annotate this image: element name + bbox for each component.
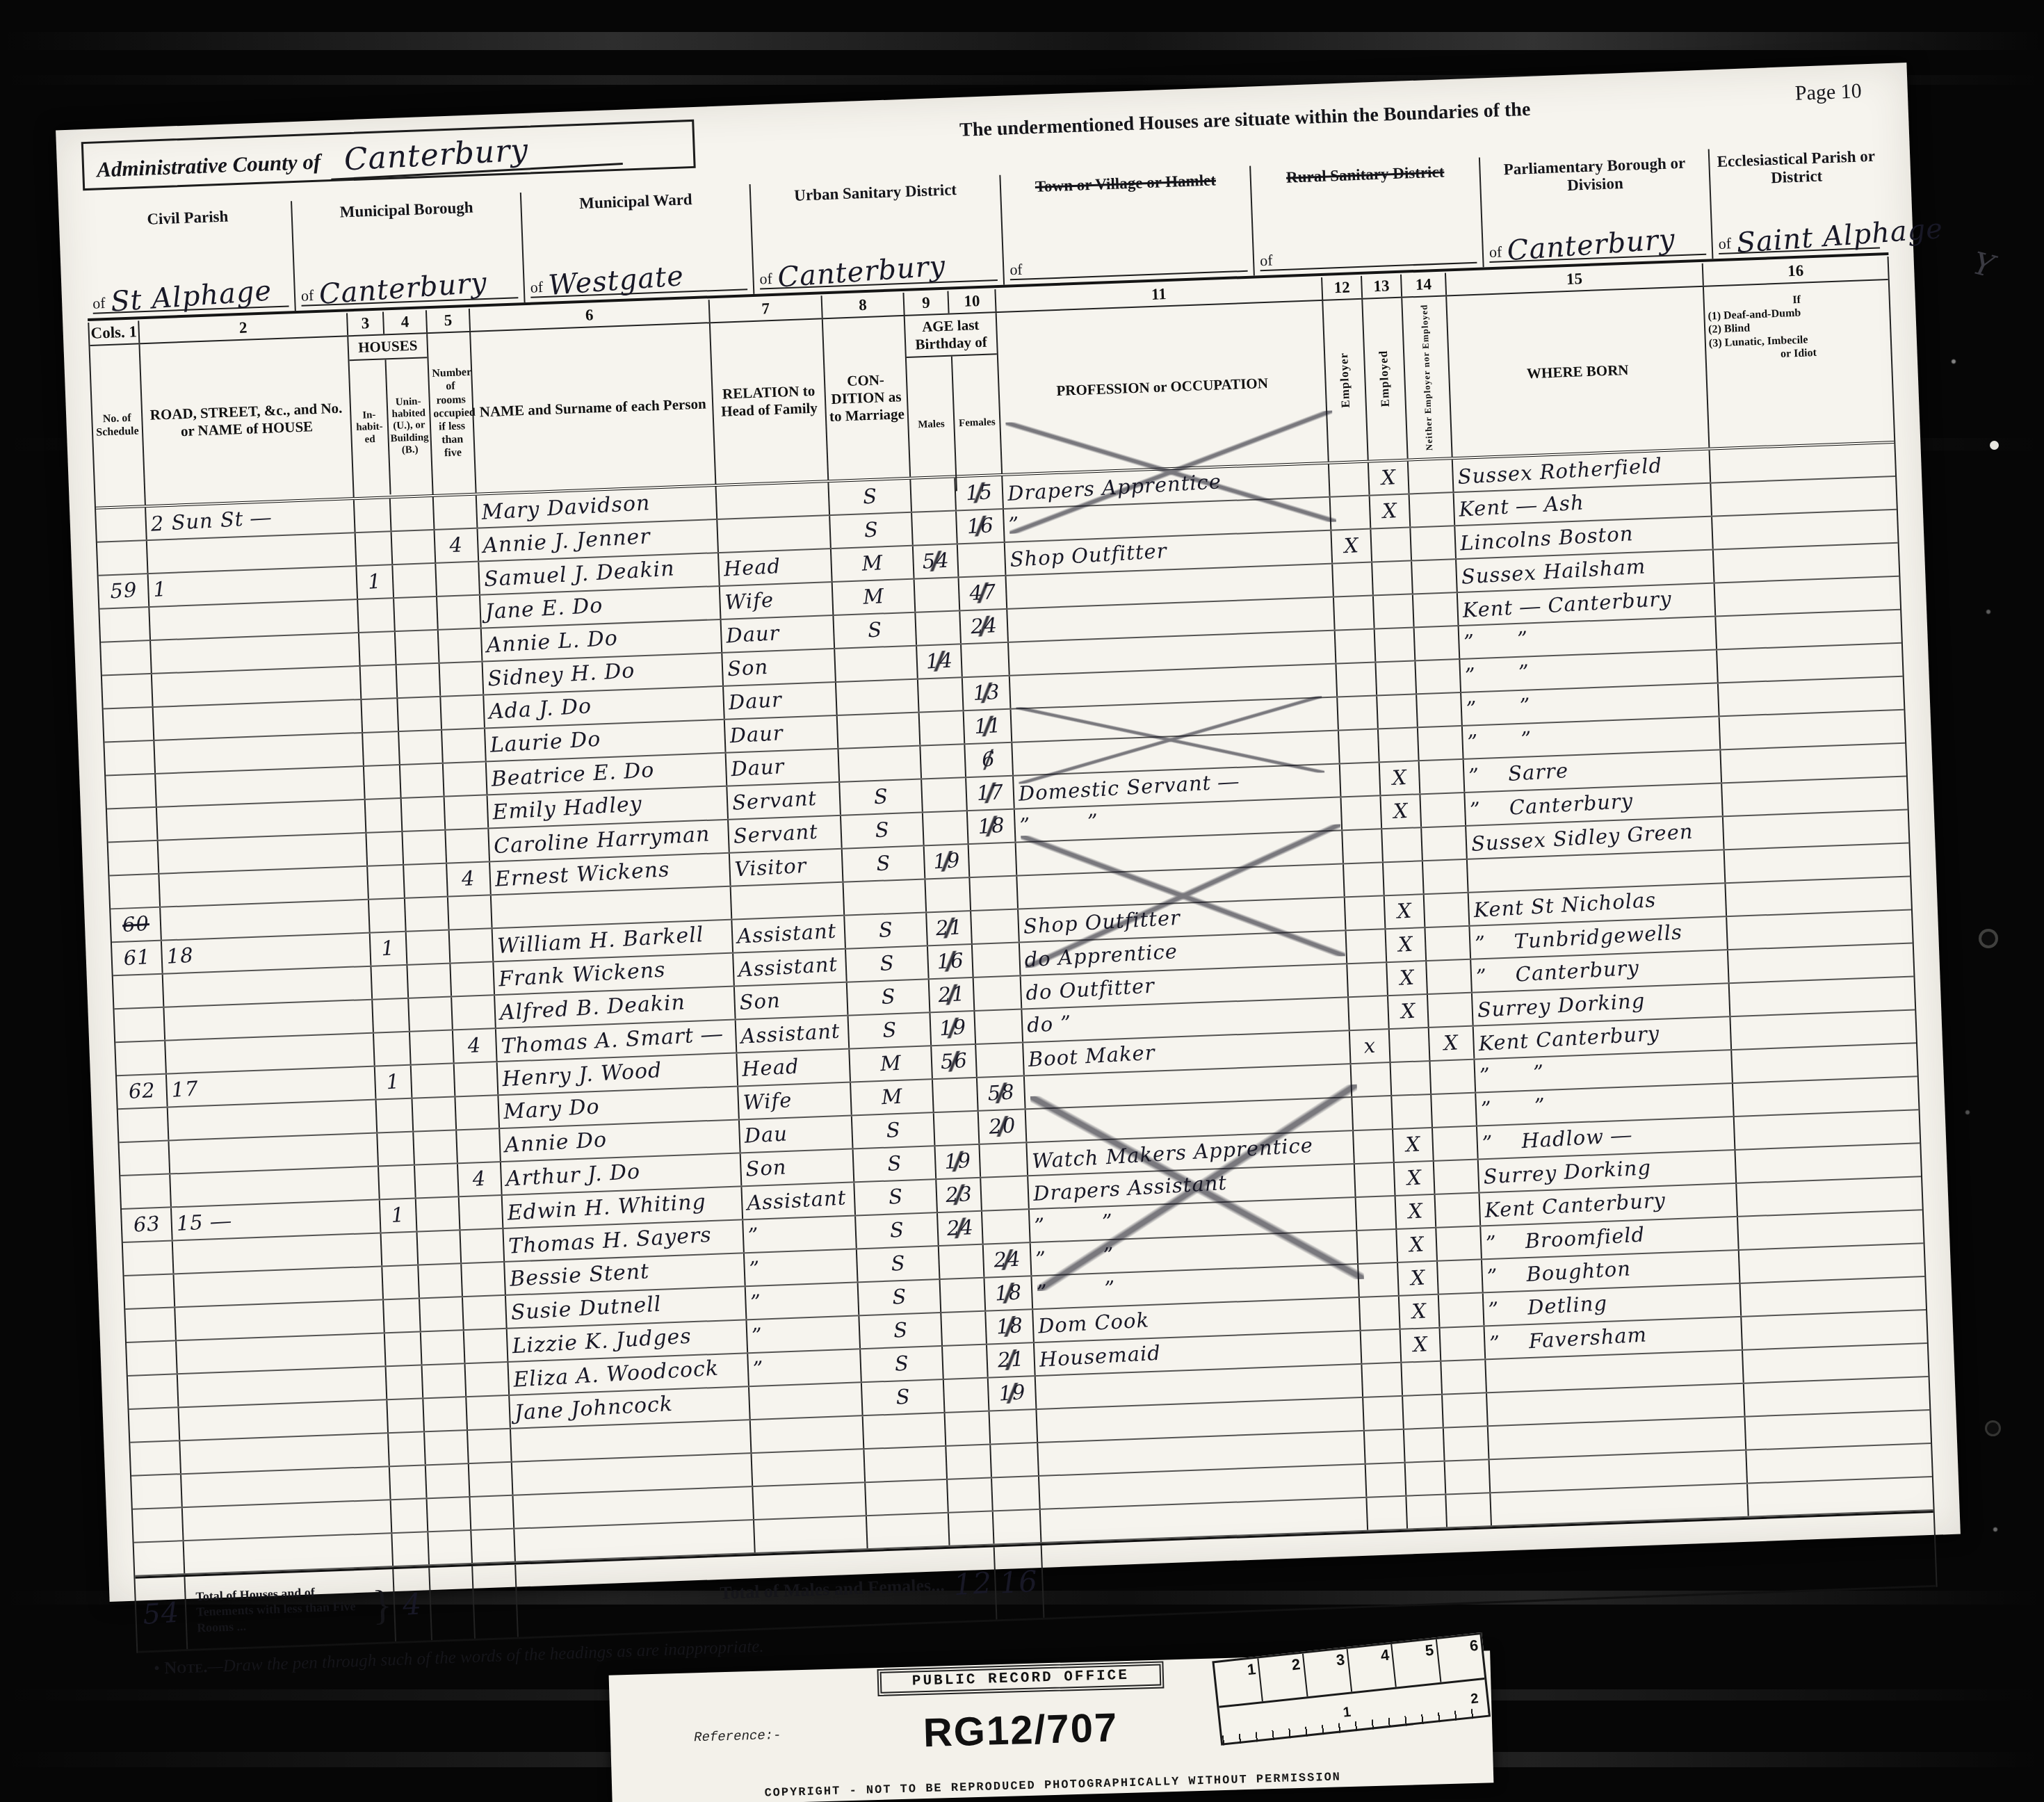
cell-employer (1361, 1329, 1402, 1363)
cell-infirm (1714, 543, 1899, 582)
cell-rooms: 4 (458, 1162, 503, 1196)
handwritten-entry: X (1397, 934, 1413, 955)
cell-age_f (958, 543, 1007, 576)
handwritten-entry: ” ” (1035, 1245, 1115, 1269)
district-value: Canterbury (318, 270, 488, 307)
handwritten-entry: Boot Maker (1028, 1043, 1155, 1070)
handwritten-entry: Surrey Dorking (1483, 1158, 1652, 1187)
ruler-inch-label: 3 (1304, 1649, 1353, 1696)
cell-schedule (120, 1174, 172, 1208)
cell-rooms (452, 996, 496, 1029)
cell-rooms (457, 1129, 501, 1162)
cell-age_f (991, 1443, 1039, 1477)
cell-employed (1376, 661, 1417, 695)
handwritten-entry: M (881, 1087, 903, 1108)
handwritten-entry: Kent St Nicholas (1473, 890, 1657, 920)
cell-condition: S (829, 479, 912, 514)
cell-inhabited (379, 1165, 416, 1199)
cell-condition: S (854, 1180, 938, 1215)
handwritten-entry: Henry J. Wood (502, 1060, 663, 1090)
margin-annotation: 54 (135, 1577, 188, 1651)
handwritten-entry: Mary Davidson (481, 493, 651, 523)
admin-county-label: Administrative County of (97, 149, 321, 183)
cell-neither (1423, 859, 1469, 893)
handwritten-entry: ” Hadlow ― (1482, 1125, 1632, 1153)
cell-employer (1354, 1130, 1395, 1163)
of-label: of (759, 270, 772, 289)
handwritten-entry: S (895, 1387, 911, 1408)
district-value: Canterbury (777, 254, 947, 291)
handwritten-entry: S (875, 820, 891, 841)
handwritten-entry: 58 (984, 1082, 1017, 1104)
cell-road (151, 633, 360, 673)
cell-infirm (1730, 1010, 1916, 1049)
handwritten-entry: 47 (966, 582, 999, 604)
cell-employer (1345, 896, 1386, 930)
cell-road (168, 1100, 378, 1139)
ruler-inch-label: 4 (1348, 1644, 1397, 1691)
cell-condition: S (857, 1247, 941, 1281)
cell-age_f: 20 (979, 1110, 1028, 1143)
cell-employer (1347, 963, 1388, 996)
copyright-line: COPYRIGHT - NOT TO BE REPRODUCED PHOTOGR… (612, 1767, 1493, 1802)
handwritten-entry: Edwin H. Whiting (507, 1192, 707, 1224)
handwritten-entry: 19 (936, 1017, 969, 1039)
district-label: Rural Sanitary District (1251, 162, 1479, 188)
handwritten-entry: Samuel J. Deakin (483, 558, 675, 590)
public-record-office-stamp: PUBLIC RECORD OFFICE Reference:- RG12/70… (609, 1650, 1494, 1802)
cell-uninhabited (423, 1364, 467, 1397)
cell-relation: ” (748, 1349, 862, 1386)
cell-age_f: 15 (955, 476, 1004, 510)
cell-rooms (444, 762, 488, 795)
employed-vertical-label: Employed (1377, 350, 1393, 407)
handwritten-entry: Sidney H. Do (487, 660, 636, 690)
col-uninhabited-header: Unin-habited (U.), or Building (B.) (386, 358, 432, 494)
col-relation-header: RELATION to Head of Family (711, 319, 829, 483)
handwritten-entry: X (1409, 1234, 1425, 1255)
cell-employer (1339, 729, 1380, 763)
handwritten-entry: ” ” (1034, 1212, 1114, 1236)
cell-road: 15 ― (172, 1200, 381, 1240)
empty-cell (430, 1566, 476, 1640)
cell-road (147, 533, 357, 573)
handwritten-entry: Annie J. Jenner (482, 526, 651, 557)
handwritten-entry: ” Canterbury (1475, 958, 1639, 987)
handwritten-entry: Sussex Sidley Green (1470, 822, 1694, 854)
handwritten-entry: X (1393, 801, 1409, 822)
cell-age_m: 21 (930, 978, 975, 1012)
cell-neither (1441, 1326, 1486, 1360)
col-born-header: WHERE BORN (1447, 287, 1710, 457)
cell-road (159, 866, 368, 906)
cell-uninhabited (403, 830, 447, 863)
cell-relation: Assistant (733, 949, 847, 985)
cell-age_f: 17 (966, 776, 1015, 809)
cell-rooms (437, 595, 482, 628)
cell-uninhabited (407, 930, 451, 964)
cell-condition: S (859, 1280, 942, 1315)
cell-relation (716, 482, 830, 519)
cell-infirm (1733, 1077, 1919, 1116)
cell-age_f (976, 1043, 1025, 1076)
cell-age_m (923, 811, 969, 845)
cell-employed (1375, 628, 1416, 661)
cell-uninhabited (400, 763, 445, 797)
handwritten-entry: X (1412, 1334, 1428, 1355)
handwritten-entry: Wife (743, 1090, 793, 1113)
handwritten-entry: 24 (967, 615, 1000, 638)
handwritten-entry: Annie L. Do (486, 628, 619, 656)
col-females-header: Females (952, 355, 1002, 492)
cell-neither (1444, 1427, 1490, 1460)
cell-schedule (104, 741, 156, 775)
handwritten-entry: Drapers Apprentice (1007, 471, 1222, 504)
handwritten-entry: M (862, 586, 884, 608)
cell-road: 17 (167, 1066, 376, 1106)
district-cell-4: Urban Sanitary DistrictofCanterbury (751, 175, 1005, 294)
cell-schedule (124, 1274, 176, 1308)
cell-rooms (434, 495, 478, 528)
cell-road (177, 1333, 386, 1373)
handwritten-entry: Head (741, 1057, 800, 1080)
col-males-header: Males (907, 357, 957, 493)
handwritten-entry: Shop Outfitter (1009, 541, 1168, 570)
handwritten-entry: 18 (166, 945, 195, 967)
administrative-county-box: Administrative County of Canterbury (81, 120, 696, 190)
handwritten-entry: 1 (386, 1071, 400, 1092)
col-infirmity-header: If (1) Deaf-and-Dumb (2) Blind (3) Lunat… (1704, 280, 1894, 447)
cell-inhabited (377, 1098, 414, 1132)
cell-employed: X (1369, 461, 1410, 494)
cell-neither (1415, 626, 1461, 660)
cell-road (173, 1233, 382, 1273)
cell-inhabited (389, 1432, 426, 1466)
handwritten-entry: Alfred B. Deakin (499, 992, 686, 1023)
cell-rooms (455, 1062, 499, 1096)
cell-infirm (1716, 610, 1901, 649)
cell-road (175, 1300, 384, 1340)
cell-schedule (128, 1374, 179, 1409)
infirm-line: If (1792, 293, 1801, 307)
cell-inhabited (364, 765, 402, 799)
handwritten-entry: ” Broomfield (1485, 1225, 1646, 1254)
column-number: 4 (384, 310, 428, 334)
cell-age_m (911, 478, 957, 511)
cell-neither (1412, 560, 1458, 593)
cell-age_f: 16 (957, 510, 1005, 543)
cell-relation: ” (747, 1316, 861, 1352)
of-label: of (530, 278, 543, 297)
cell-neither (1427, 959, 1473, 993)
cell-road (170, 1167, 380, 1206)
cell-schedule (113, 974, 165, 1008)
handwritten-entry: Son (727, 657, 769, 679)
cell-relation: Wife (738, 1082, 852, 1119)
cell-employer: X (1331, 529, 1372, 562)
cell-employer (1336, 629, 1377, 663)
cell-employed (1390, 1028, 1431, 1062)
cell-relation: Assistant (736, 1016, 850, 1052)
cell-road (175, 1267, 384, 1306)
handwritten-entry: Wife (724, 590, 774, 613)
cell-neither (1446, 1493, 1492, 1527)
handwritten-entry: S (867, 619, 883, 640)
handwritten-entry: Lincolns Boston (1459, 523, 1634, 553)
handwritten-entry: X (1396, 901, 1412, 922)
cell-relation (731, 882, 845, 918)
cell-employed: X (1385, 895, 1426, 928)
handwritten-entry: ” ” (1480, 1096, 1546, 1119)
census-sheet: Administrative County of Canterbury The … (56, 63, 1961, 1602)
cell-employer (1362, 1363, 1403, 1396)
handwritten-entry: 15 ― (176, 1211, 232, 1235)
cell-rooms (465, 1362, 510, 1395)
males-total-value: 12 (950, 1547, 998, 1621)
col-condition-header: CON- DITION as to Marriage (823, 316, 911, 480)
handwritten-entry: Arthur J. Do (505, 1161, 641, 1190)
cell-age_m: 19 (930, 1012, 976, 1045)
col-inhabited-header: In-habit-ed (350, 360, 391, 496)
handwritten-entry: Annie Do (504, 1130, 608, 1156)
handwritten-entry: ” (747, 1226, 759, 1247)
cell-condition: S (846, 946, 930, 981)
cell-inhabited: 1 (357, 565, 394, 599)
handwritten-entry: Housemaid (1039, 1343, 1161, 1370)
handwritten-entry: 19 (930, 850, 963, 872)
cell-neither (1425, 926, 1471, 959)
cell-rooms: 4 (453, 1029, 498, 1062)
cell-uninhabited (393, 564, 437, 597)
cell-uninhabited (414, 1130, 458, 1164)
houses-total-label: Total of Houses and of Tenements with le… (185, 1569, 396, 1649)
handwritten-entry: X (1405, 1135, 1421, 1155)
handwritten-entry: 4 (449, 535, 464, 555)
cell-inhabited (356, 532, 394, 565)
cell-inhabited (387, 1365, 424, 1399)
handwritten-entry: Daur (728, 690, 783, 713)
cell-employer (1367, 1496, 1408, 1529)
handwritten-entry: ” (752, 1358, 764, 1379)
handwritten-entry: S (894, 1354, 910, 1374)
cell-uninhabited (423, 1397, 468, 1431)
cell-neither (1425, 893, 1470, 926)
cell-age_f (980, 1143, 1028, 1176)
cell-schedule (102, 674, 154, 708)
handwritten-entry: 14 (923, 650, 956, 672)
cell-inhabited (361, 665, 398, 699)
cell-age_m (934, 1111, 980, 1144)
cell-schedule (109, 874, 161, 908)
handwritten-entry: do Apprentice (1024, 941, 1178, 971)
cell-infirm (1741, 1277, 1927, 1316)
cell-age_f: 18 (986, 1310, 1035, 1343)
handwritten-entry: Emily Hadley (492, 794, 643, 823)
col-road-header: ROAD, STREET, &c., and No. or NAME of HO… (140, 336, 354, 504)
cell-employer (1340, 763, 1381, 796)
cell-employed (1402, 1361, 1443, 1395)
cell-infirm (1712, 510, 1898, 549)
cell-employed (1403, 1395, 1444, 1428)
cell-uninhabited (397, 663, 441, 697)
cell-infirm (1732, 1044, 1917, 1082)
cell-inhabited (366, 832, 404, 866)
handwritten-entry: Beatrice E. Do (491, 760, 655, 790)
cell-employed (1374, 594, 1415, 628)
column-number: 14 (1402, 273, 1447, 296)
cols-1-label: Cols. 1 (89, 320, 140, 345)
cell-age_m (918, 678, 964, 711)
cell-infirm (1719, 676, 1904, 715)
neither-vertical-label: Neither Employer nor Employed (1419, 304, 1435, 450)
cell-inhabited (366, 799, 403, 832)
cell-employed: X (1396, 1194, 1437, 1228)
cell-uninhabited (428, 1531, 473, 1564)
district-label: Municipal Ward (521, 188, 750, 215)
cell-employed (1384, 861, 1425, 895)
cell-condition: S (847, 980, 931, 1014)
district-cell-2: Municipal BoroughofCanterbury (292, 193, 526, 311)
cell-uninhabited (410, 1030, 455, 1064)
cell-neither: X (1429, 1026, 1475, 1060)
handwritten-entry: S (873, 786, 889, 807)
handwritten-entry: S (878, 920, 894, 941)
cell-age_m (941, 1311, 987, 1345)
handwritten-entry: 4 (472, 1169, 487, 1190)
cell-neither (1433, 1126, 1479, 1160)
cell-infirm (1742, 1310, 1927, 1349)
cell-employer (1331, 496, 1372, 529)
cell-employed (1406, 1461, 1447, 1495)
handwritten-entry: X (1391, 768, 1407, 788)
cell-employed: X (1401, 1328, 1442, 1361)
cell-age_f: 58 (978, 1076, 1026, 1110)
cell-road (169, 1133, 378, 1173)
cell-age_m (939, 1244, 985, 1278)
handwritten-entry: 18 (974, 815, 1007, 838)
handwritten-entry: 16 (964, 515, 997, 537)
handwritten-entry: Jane Johncock (514, 1393, 673, 1423)
cell-age_f (962, 642, 1010, 676)
cell-employed (1391, 1062, 1432, 1095)
handwritten-entry: Thomas H. Sayers (508, 1225, 713, 1258)
district-label: Municipal Borough (292, 197, 521, 223)
handwritten-entry: x (1363, 1036, 1377, 1057)
of-label: of (301, 286, 314, 305)
cell-schedule: 60 (111, 907, 162, 941)
cell-schedule (130, 1441, 181, 1475)
handwritten-entry: X (1400, 1001, 1416, 1022)
cell-uninhabited (416, 1197, 461, 1231)
cell-condition (843, 879, 927, 914)
of-label: of (1489, 243, 1502, 261)
handwritten-entry: 59 (109, 580, 138, 601)
cell-age_f (970, 876, 1019, 909)
females-total-value: 16 (995, 1545, 1045, 1619)
ruler-inch-label: 6 (1436, 1634, 1484, 1682)
district-label: Town or Village or Hamlet (1001, 170, 1251, 198)
column-number: 13 (1362, 275, 1402, 298)
cell-infirm (1743, 1344, 1929, 1383)
district-label: Ecclesiastical Parish or District (1710, 147, 1883, 190)
cell-condition: S (856, 1213, 939, 1248)
cell-infirm (1739, 1244, 1925, 1283)
cell-age_f (993, 1510, 1042, 1543)
cell-road (183, 1500, 392, 1540)
col-houses-group-header: HOUSES In-habit-ed Unin-habited (U.), or… (348, 334, 433, 497)
cell-age_m (920, 711, 966, 745)
handwritten-entry: X (1381, 501, 1397, 521)
reference-number: RG12/707 (874, 1703, 1167, 1758)
cell-age_f: 18 (984, 1276, 1033, 1310)
handwritten-entry: Son (745, 1158, 788, 1180)
cell-employed: X (1393, 1128, 1434, 1162)
cell-employer (1352, 1063, 1393, 1096)
cell-infirm (1725, 843, 1911, 882)
handwritten-entry: 16 (934, 950, 967, 973)
handwritten-entry: Visitor (734, 856, 807, 880)
cell-uninhabited (412, 1064, 456, 1097)
cell-inhabited (362, 699, 399, 732)
handwritten-entry: 56 (937, 1050, 971, 1073)
handwritten-entry: 21 (932, 917, 966, 939)
cell-schedule (101, 641, 152, 675)
cell-road (184, 1534, 394, 1573)
handwritten-entry: 13 (969, 682, 1003, 704)
cell-uninhabited (419, 1264, 463, 1297)
handwritten-entry: S (891, 1287, 907, 1308)
cell-infirm (1711, 477, 1897, 516)
col-rooms-header: Number of rooms occupied if less than fi… (428, 332, 476, 494)
handwritten-entry: Ernest Wickens (494, 859, 670, 890)
column-number: 3 (348, 311, 384, 335)
cell-neither (1417, 693, 1463, 727)
cell-age_m: 16 (928, 945, 974, 978)
cell-schedule (131, 1475, 183, 1509)
cell-relation: Servant (727, 782, 841, 818)
handwritten-entry: Domestic Servant ― (1018, 772, 1240, 804)
cell-age_f (992, 1477, 1041, 1510)
cell-rooms (460, 1229, 505, 1263)
film-hole-icon (1990, 441, 1999, 450)
cell-neither (1409, 460, 1454, 493)
cell-infirm (1746, 1411, 1931, 1450)
cell-schedule (123, 1241, 175, 1275)
cell-inhabited: 1 (375, 1065, 413, 1098)
cell-employed: X (1400, 1294, 1441, 1328)
cell-age_f: 13 (963, 676, 1012, 709)
cell-age_f: 11 (964, 709, 1013, 742)
cell-schedule: 61 (112, 941, 163, 975)
cell-relation (751, 1416, 865, 1452)
ruler-lower-label: 1 (1343, 1705, 1352, 1721)
handwritten-entry: 20 (985, 1115, 1019, 1137)
cell-employed (1406, 1495, 1447, 1528)
cell-road (157, 799, 366, 839)
handwritten-entry: Dau (744, 1123, 788, 1146)
cell-employed (1377, 695, 1418, 728)
brace-glyph: } (371, 1579, 394, 1632)
cell-rooms (463, 1296, 508, 1329)
cell-employer (1352, 1096, 1393, 1130)
cell-rooms (446, 829, 490, 862)
cell-road (154, 733, 364, 773)
handwritten-entry: ” Sarre (1468, 761, 1569, 786)
cell-condition (838, 713, 921, 747)
handwritten-entry: 18 (993, 1315, 1026, 1338)
handwritten-entry: ” ” (1463, 629, 1529, 653)
handwritten-entry: ” (750, 1292, 762, 1313)
